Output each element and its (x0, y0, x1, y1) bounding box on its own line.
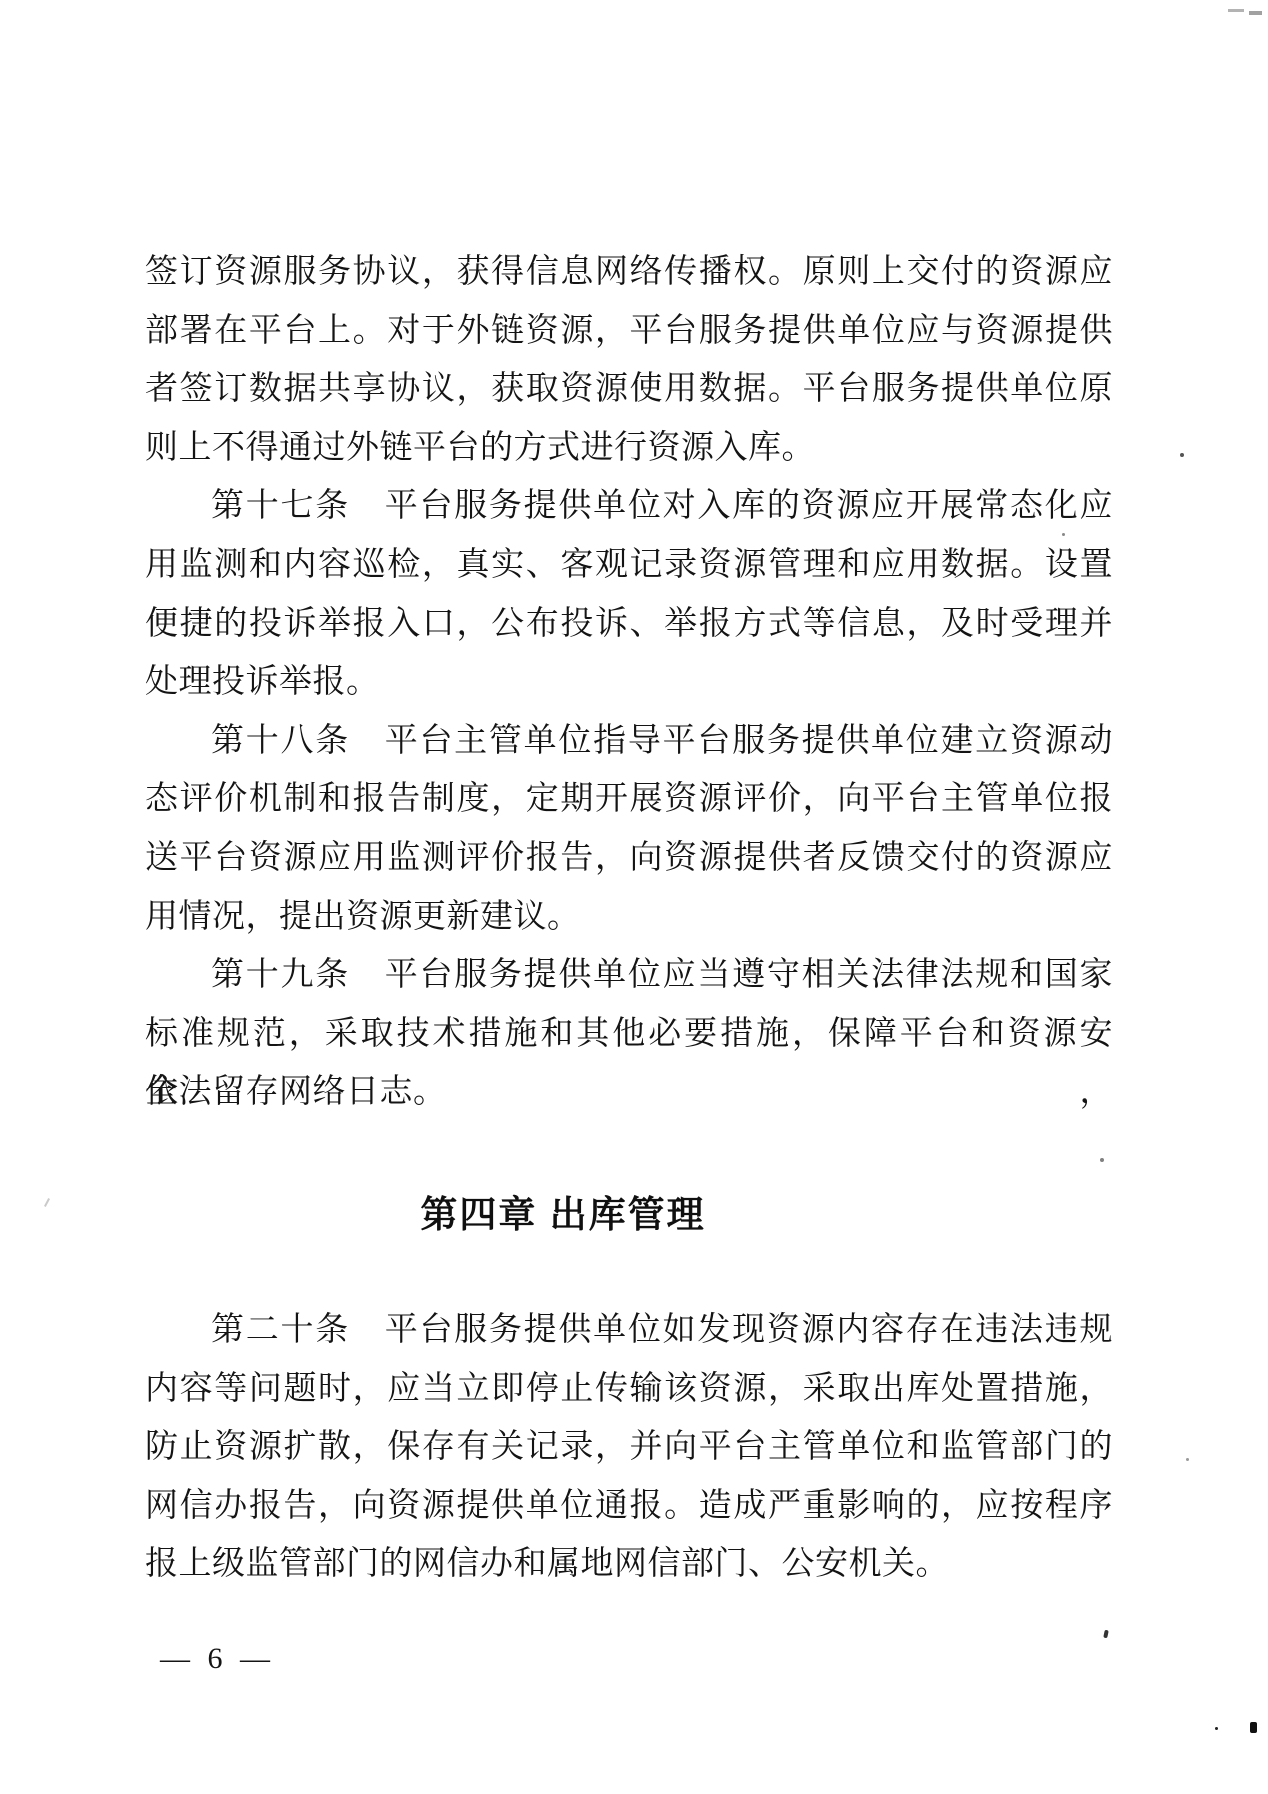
scan-speck (44, 1198, 50, 1207)
text-line: 签订资源服务协议，获得信息网络传播权。原则上交付的资源应 (145, 243, 1113, 302)
text-line: 第十九条 平台服务提供单位应当遵守相关法律法规和国家 (145, 946, 1113, 1005)
text-line: 者签订数据共享协议，获取资源使用数据。平台服务提供单位原 (145, 360, 1113, 419)
text-line: 防止资源扩散，保存有关记录，并向平台主管单位和监管部门的 (145, 1418, 1113, 1477)
text-line: 处理投诉举报。 (145, 653, 1113, 712)
scan-speck (1062, 533, 1065, 536)
scan-speck (1186, 1458, 1189, 1461)
text-block-lower: 第二十条 平台服务提供单位如发现资源内容存在违法违规内容等问题时，应当立即停止传… (145, 1301, 1113, 1594)
text-line: 第十八条 平台主管单位指导平台服务提供单位建立资源动 (145, 712, 1113, 771)
chapter-heading: 第四章 出库管理 (79, 1185, 1047, 1245)
text-line: 标准规范，采取技术措施和其他必要措施，保障平台和资源安全， (145, 1005, 1113, 1064)
scan-speck (1100, 1158, 1104, 1162)
scan-speck (1103, 1630, 1109, 1639)
scan-speck (1180, 453, 1184, 457)
text-line: 报上级监管部门的网信办和属地网信部门、公安机关。 (145, 1535, 1113, 1594)
text-line: 则上不得通过外链平台的方式进行资源入库。 (145, 419, 1113, 478)
scan-speck (1250, 1722, 1257, 1733)
document-page: 签订资源服务协议，获得信息网络传播权。原则上交付的资源应部署在平台上。对于外链资… (0, 0, 1268, 1794)
text-line: 网信办报告，向资源提供单位通报。造成严重影响的，应按程序 (145, 1477, 1113, 1536)
text-line: 第二十条 平台服务提供单位如发现资源内容存在违法违规 (145, 1301, 1113, 1360)
text-line: 便捷的投诉举报入口，公布投诉、举报方式等信息，及时受理并 (145, 595, 1113, 654)
text-line: 用监测和内容巡检，真实、客观记录资源管理和应用数据。设置 (145, 536, 1113, 595)
text-line: 态评价机制和报告制度，定期开展资源评价，向平台主管单位报 (145, 770, 1113, 829)
text-block-upper: 签订资源服务协议，获得信息网络传播权。原则上交付的资源应部署在平台上。对于外链资… (145, 243, 1113, 1122)
page-number: — 6 — (160, 1642, 275, 1676)
text-line: 第十七条 平台服务提供单位对入库的资源应开展常态化应 (145, 477, 1113, 536)
text-line: 部署在平台上。对于外链资源，平台服务提供单位应与资源提供 (145, 302, 1113, 361)
text-line: 用情况，提出资源更新建议。 (145, 888, 1113, 947)
text-line: 内容等问题时，应当立即停止传输该资源，采取出库处置措施， (145, 1360, 1113, 1419)
text-line: 送平台资源应用监测评价报告，向资源提供者反馈交付的资源应 (145, 829, 1113, 888)
scan-speck (1215, 1727, 1218, 1730)
scan-dash-mark (1228, 9, 1244, 12)
scan-dash-mark (1249, 11, 1262, 15)
